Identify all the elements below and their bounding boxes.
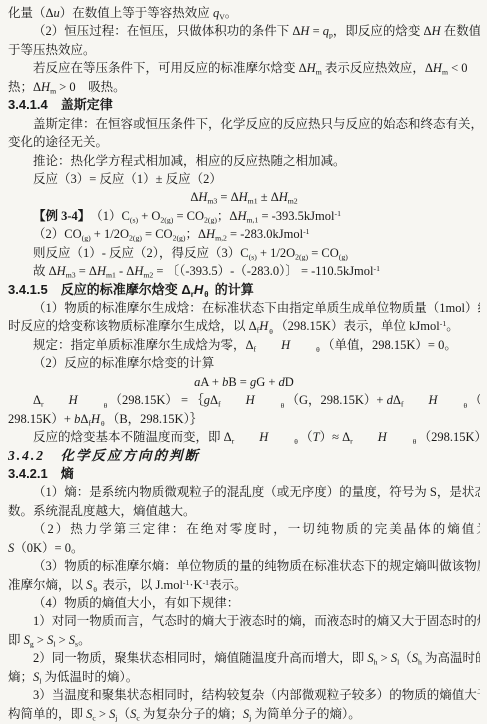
entropy-rule-2-continuation: 熵；Sl 为低温时的熵）。 xyxy=(8,668,480,686)
body-line: （1）熵：是系统内物质微观粒子的混乱度（或无序度）的量度，符号为 S，是状态函 xyxy=(8,483,480,501)
entropy-rule-2: 2）同一物质，聚集状态相同时，熵值随温度升高而增大，即 Sh > Sl（Sh 为… xyxy=(8,649,480,667)
body-line-continuation: S（0K）= 0。 xyxy=(8,539,480,557)
entropy-rule-3: 3）当温度和聚集状态相同时，结构较复杂（内部微观粒子较多）的物质的熵值大于结 xyxy=(8,686,480,704)
body-line: （4）物质的熵值大小，有如下规律： xyxy=(8,594,480,612)
symbol-with-sup-sub: Hθm xyxy=(194,281,211,299)
body-line: （2）热力学第三定律：在绝对零度时，一切纯物质的完美晶体的熵值为零， xyxy=(8,520,480,538)
entropy-rule-3-continuation: 构简单的，即 Sc > Sj（Sc 为复杂分子的熵；Sj 为简单分子的熵）。 xyxy=(8,705,480,723)
section-heading-3-4-2: 3.4.2 化学反应方向的判断 xyxy=(8,447,480,465)
example-equation-3: 则反应（1）- 反应（2），得反应（3）C(s) + 1/2O2(g) = CO… xyxy=(8,244,480,262)
example-result-line: 故 ΔHm3 = ΔHm1 - ΔHm2 = 〔（-393.5）-（-283.0… xyxy=(8,262,480,280)
textbook-page: 化量（Δu）在数值上等于等容热效应 qV。（2）恒压过程：在恒压，只做体积功的条… xyxy=(0,0,487,724)
body-line-continuation: 数。系统混乱度越大，熵值越大。 xyxy=(8,502,480,520)
symbol-with-sup-sub: Hθm xyxy=(259,317,275,335)
formula-enthalpy-calc-line1: ΔrHθm（298.15K） = ｛gΔfHθm（G，298.15K）+ dΔf… xyxy=(8,391,480,409)
body-line-continuation: 热；ΔHm > 0 吸热。 xyxy=(8,78,480,96)
body-line: 若反应在等压条件下，可用反应的标准摩尔焓变 ΔHm 表示反应热效应，ΔHm < … xyxy=(8,59,480,77)
body-line: 反应（3）= 反应（1）± 反应（2） xyxy=(8,170,480,188)
body-line-continuation: 准摩尔熵，以 Sθm 表示，以 J.mol-1·K-1表示。 xyxy=(8,576,480,594)
body-line: （1）物质的标准摩尔生成焓：在标准状态下由指定单质生成单位物质量（1mol）纯物… xyxy=(8,299,480,317)
symbol-with-sup-sub: Hθm xyxy=(353,428,419,446)
formula-general-reaction: aA + bB = gG + dD xyxy=(8,373,480,391)
formula-enthalpy-calc-line2: 298.15K）+ bΔfHθm（B，298.15K）｝ xyxy=(8,410,480,428)
formula-hess-sum: ΔHm3 = ΔHm1 ± ΔHm2 xyxy=(8,188,480,206)
symbol-with-sup-sub: Hθm xyxy=(91,410,107,428)
symbol-with-sup-sub: Hθm xyxy=(403,391,469,409)
body-line: 推论：热化学方程式相加减，相应的反应热随之相加减。 xyxy=(8,152,480,170)
section-heading-3-4-1-4: 3.4.1.4 盖斯定律 xyxy=(8,96,480,114)
symbol-with-sup-sub: Hθm xyxy=(234,428,300,446)
entropy-rule-1: 1）对同一物质而言，气态时的熵大于液态时的熵，而液态时的熵又大于固态时的熵， xyxy=(8,612,480,630)
body-line-continuation: 时反应的焓变称该物质标准摩尔生成焓，以 ΔfHθm（298.15K）表示，单位 … xyxy=(8,317,480,335)
body-line: 盖斯定律：在恒容或恒压条件下，化学反应的反应热只与反应的始态和终态有关，而与 xyxy=(8,115,480,133)
body-line: （2）恒压过程：在恒压，只做体积功的条件下 ΔH = qp，即反应的焓变 ΔH … xyxy=(8,22,480,40)
symbol-with-sup-sub: Hθm xyxy=(256,336,322,354)
symbol-with-sup-sub: Sθm xyxy=(86,576,99,594)
body-line-continuation: 化量（Δu）在数值上等于等容热效应 qV。 xyxy=(8,4,480,22)
symbol-with-sup-sub: Hθm xyxy=(221,391,287,409)
body-line: （3）物质的标准摩尔熵：单位物质的量的纯物质在标准状态下的规定熵叫做该物质的标 xyxy=(8,557,480,575)
example-equation-2: （2）CO(g) + 1/2O2(g) = CO2(g)；ΔHm,2 = -28… xyxy=(8,225,480,243)
entropy-rule-1-continuation: 即 Sg > Sl > Ss。 xyxy=(8,631,480,649)
section-heading-3-4-2-1: 3.4.2.1 熵 xyxy=(8,465,480,483)
body-line: （2）反应的标准摩尔焓变的计算 xyxy=(8,354,480,372)
body-line: 反应的焓变基本不随温度而变，即 ΔrHθm（T）≈ ΔrHθm（298.15K） xyxy=(8,428,480,446)
body-line-continuation: 变化的途径无关。 xyxy=(8,133,480,151)
example-3-4-line: 【例 3-4】 （1）C(s) + O2(g) = CO2(g)；ΔHm,1 =… xyxy=(8,207,480,225)
section-heading-3-4-1-5: 3.4.1.5 反应的标准摩尔焓变 ΔrHθm 的计算 xyxy=(8,281,480,299)
body-line-continuation: 于等压热效应。 xyxy=(8,41,480,59)
body-line: 规定：指定单质标准摩尔生成焓为零，ΔfHθm（单值，298.15K）= 0。 xyxy=(8,336,480,354)
page-content: 化量（Δu）在数值上等于等容热效应 qV。（2）恒压过程：在恒压，只做体积功的条… xyxy=(8,4,480,723)
symbol-with-sup-sub: Hθm xyxy=(44,391,110,409)
